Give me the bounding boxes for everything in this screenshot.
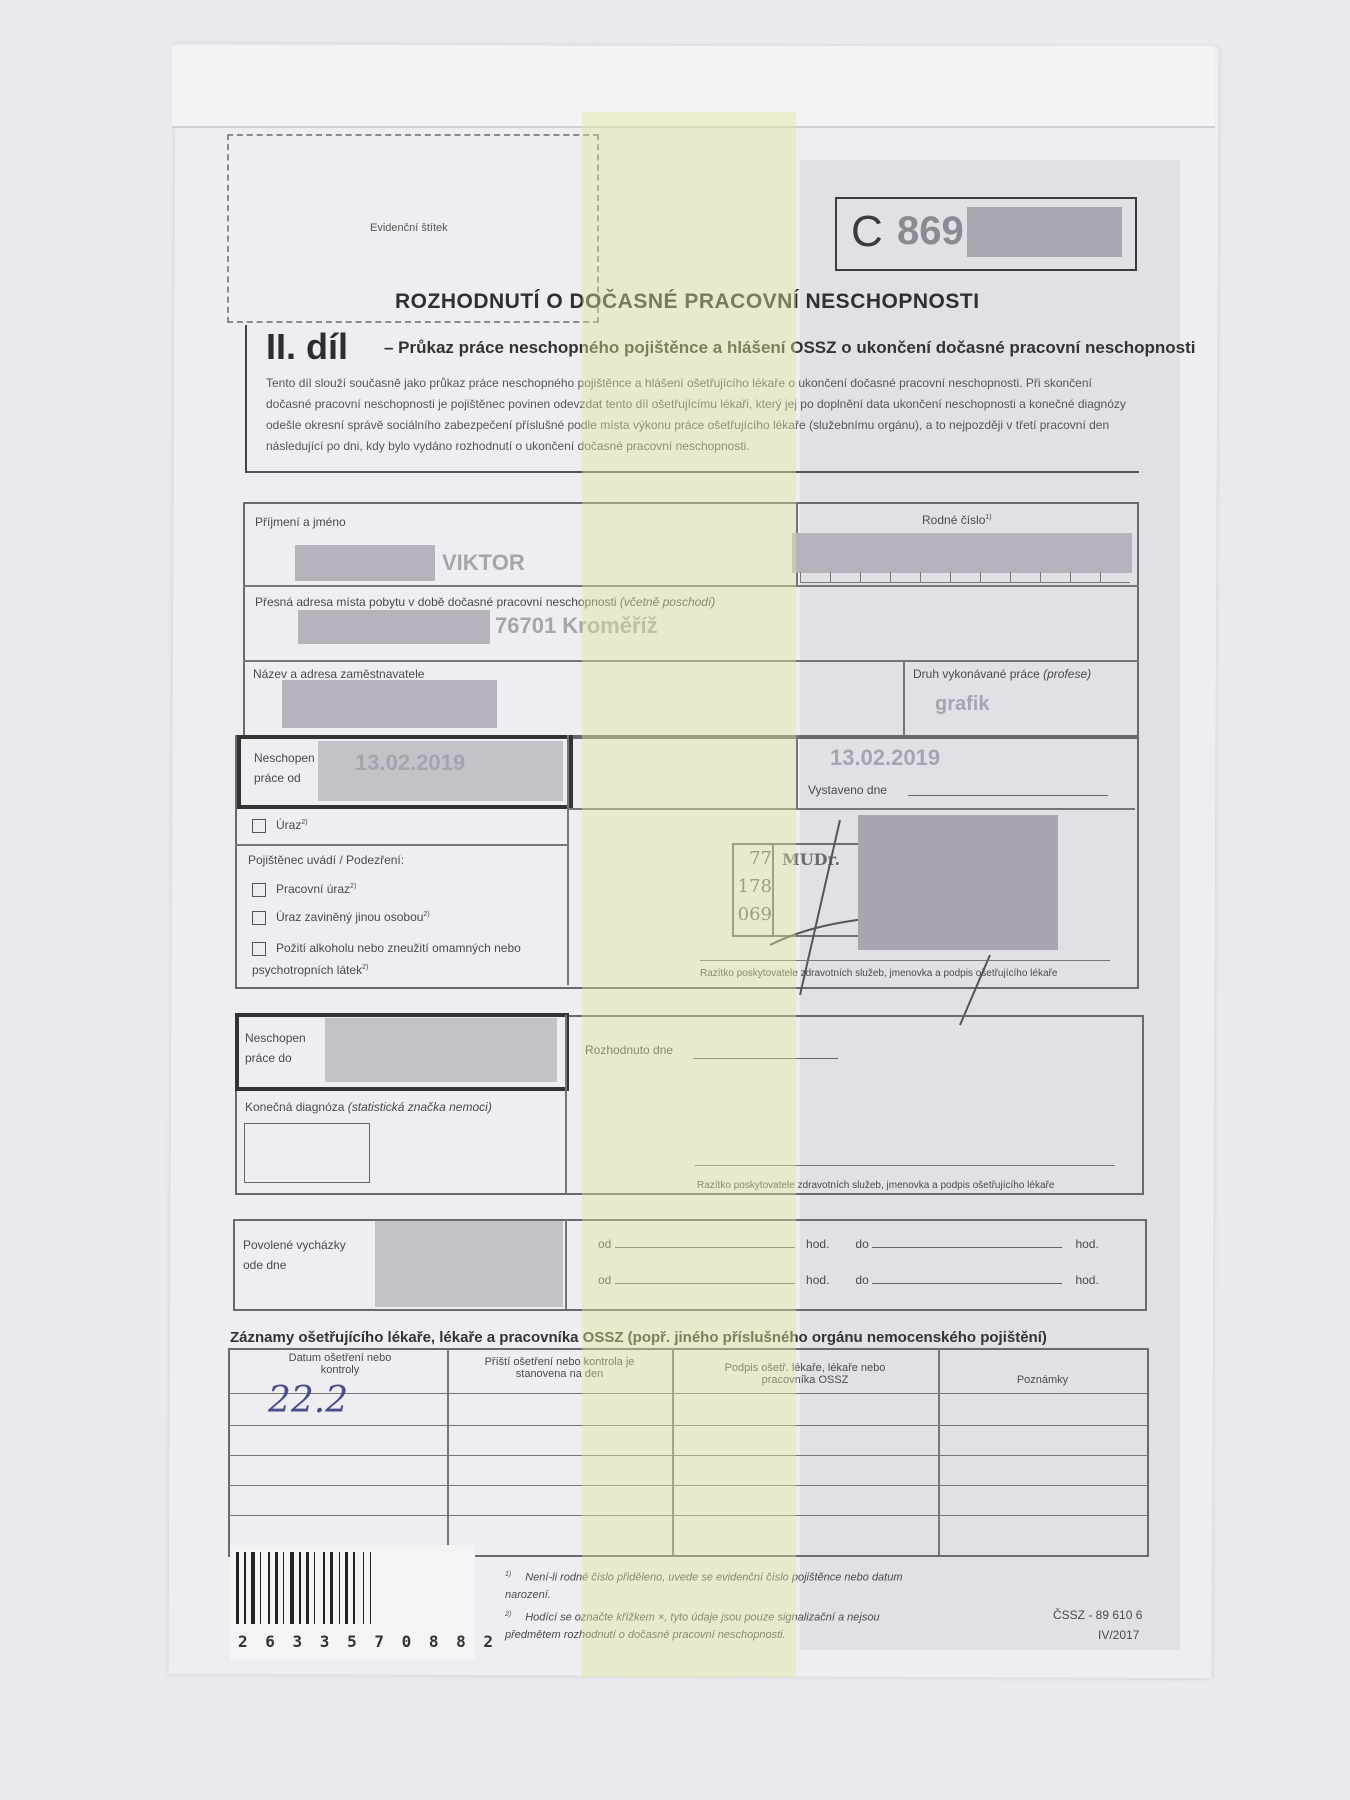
- diagnosis-field[interactable]: [244, 1123, 370, 1183]
- walks-row-1: od hod.do hod.: [598, 1237, 1099, 1251]
- address-value[interactable]: 76701 Kroměříž: [495, 613, 658, 639]
- form-title: ROZHODNUTÍ O DOČASNÉ PRACOVNÍ NESCHOPNOS…: [395, 290, 980, 314]
- part-number: II. díl: [266, 326, 348, 368]
- barcode: [236, 1552, 468, 1630]
- series-prefix: C: [851, 207, 883, 257]
- alcohol-drugs-checkbox[interactable]: Požití alkoholu nebo zneužití omamných n…: [252, 938, 552, 980]
- walks-to-1[interactable]: [872, 1247, 1062, 1248]
- form-version: IV/2017: [1098, 1628, 1139, 1642]
- record-date-1[interactable]: 22.2: [268, 1380, 348, 1421]
- incapacity-from-value[interactable]: 13.02.2019: [355, 750, 465, 776]
- col-header-date: Datum ošetření nebo kontroly: [270, 1352, 410, 1376]
- birth-number-ticks: [800, 572, 1130, 583]
- walks-label: Povolené vycházky ode dne: [243, 1235, 353, 1275]
- col-header-notes: Poznámky: [960, 1374, 1125, 1386]
- incapacity-from-label: Neschopen práce od: [254, 748, 314, 788]
- injury-checkbox[interactable]: Úraz2): [252, 818, 308, 833]
- redacted-address: [298, 610, 490, 644]
- form-code: ČSSZ - 89 610 6: [1053, 1608, 1142, 1622]
- name-value[interactable]: VIKTOR: [442, 550, 525, 576]
- redacted-doctor-info: [858, 815, 1058, 950]
- walks-row-2: od hod.do hod.: [598, 1273, 1099, 1287]
- decided-date-field[interactable]: [693, 1058, 838, 1059]
- profession-label: Druh vykonávané práce (profese): [913, 667, 1091, 681]
- series-number: 869: [897, 209, 964, 254]
- footnote-1: 1)Není-li rodné číslo přiděleno, uvede s…: [505, 1566, 925, 1604]
- birth-number-label: Rodné číslo1): [922, 513, 992, 527]
- col-header-next: Příští ošetření nebo kontrola je stanove…: [462, 1356, 657, 1380]
- profession-value[interactable]: grafik: [935, 693, 989, 716]
- walks-section: [233, 1219, 1147, 1311]
- walks-to-2[interactable]: [872, 1283, 1062, 1284]
- third-party-injury-checkbox[interactable]: Úraz zaviněný jinou osobou2): [252, 910, 430, 925]
- part-subtitle: – Průkaz práce neschopného pojištěnce a …: [384, 338, 1196, 358]
- diagnosis-label: Konečná diagnóza (statistická značka nem…: [245, 1100, 492, 1114]
- walks-from-2[interactable]: [615, 1283, 795, 1284]
- instructions-paragraph: Tento díl slouží současně jako průkaz pr…: [266, 373, 1126, 457]
- evidence-label-text: Evidenční štítek: [370, 222, 448, 234]
- paper-top-fold: [172, 46, 1215, 128]
- issued-date-value[interactable]: 13.02.2019: [830, 745, 940, 771]
- col-header-signature: Podpis ošetř. lékaře, lékaře nebo pracov…: [700, 1362, 910, 1386]
- issued-label: Vystaveno dne: [808, 783, 887, 797]
- barcode-number: 2 6 3 3 5 7 0 8 8 2: [238, 1632, 497, 1651]
- redacted-surname: [295, 545, 435, 581]
- records-heading: Záznamy ošetřujícího lékaře, lékaře a pr…: [230, 1329, 1047, 1346]
- work-injury-checkbox[interactable]: Pracovní úraz2): [252, 882, 356, 897]
- redacted-series-digits: [967, 207, 1122, 257]
- stamp-caption-1: Razítko poskytovatele zdravotních služeb…: [700, 968, 1057, 979]
- suspicion-label: Pojištěnec uvádí / Podezření:: [248, 853, 404, 867]
- decided-label: Rozhodnuto dne: [585, 1043, 673, 1057]
- footnote-2: 2)Hodící se označte křížkem ×, tyto údaj…: [505, 1606, 925, 1644]
- employer-label: Název a adresa zaměstnavatele: [253, 667, 424, 681]
- address-label: Přesná adresa místa pobytu v době dočasn…: [255, 595, 715, 609]
- name-label: Příjmení a jméno: [255, 515, 346, 529]
- walks-from-1[interactable]: [615, 1247, 795, 1248]
- redacted-employer: [282, 680, 497, 728]
- series-number-box: C 869: [835, 197, 1137, 271]
- stamp-caption-2: Razítko poskytovatele zdravotních služeb…: [697, 1180, 1054, 1191]
- incapacity-to-label: Neschopen práce do: [245, 1028, 305, 1068]
- redacted-birth-number: [792, 533, 1132, 573]
